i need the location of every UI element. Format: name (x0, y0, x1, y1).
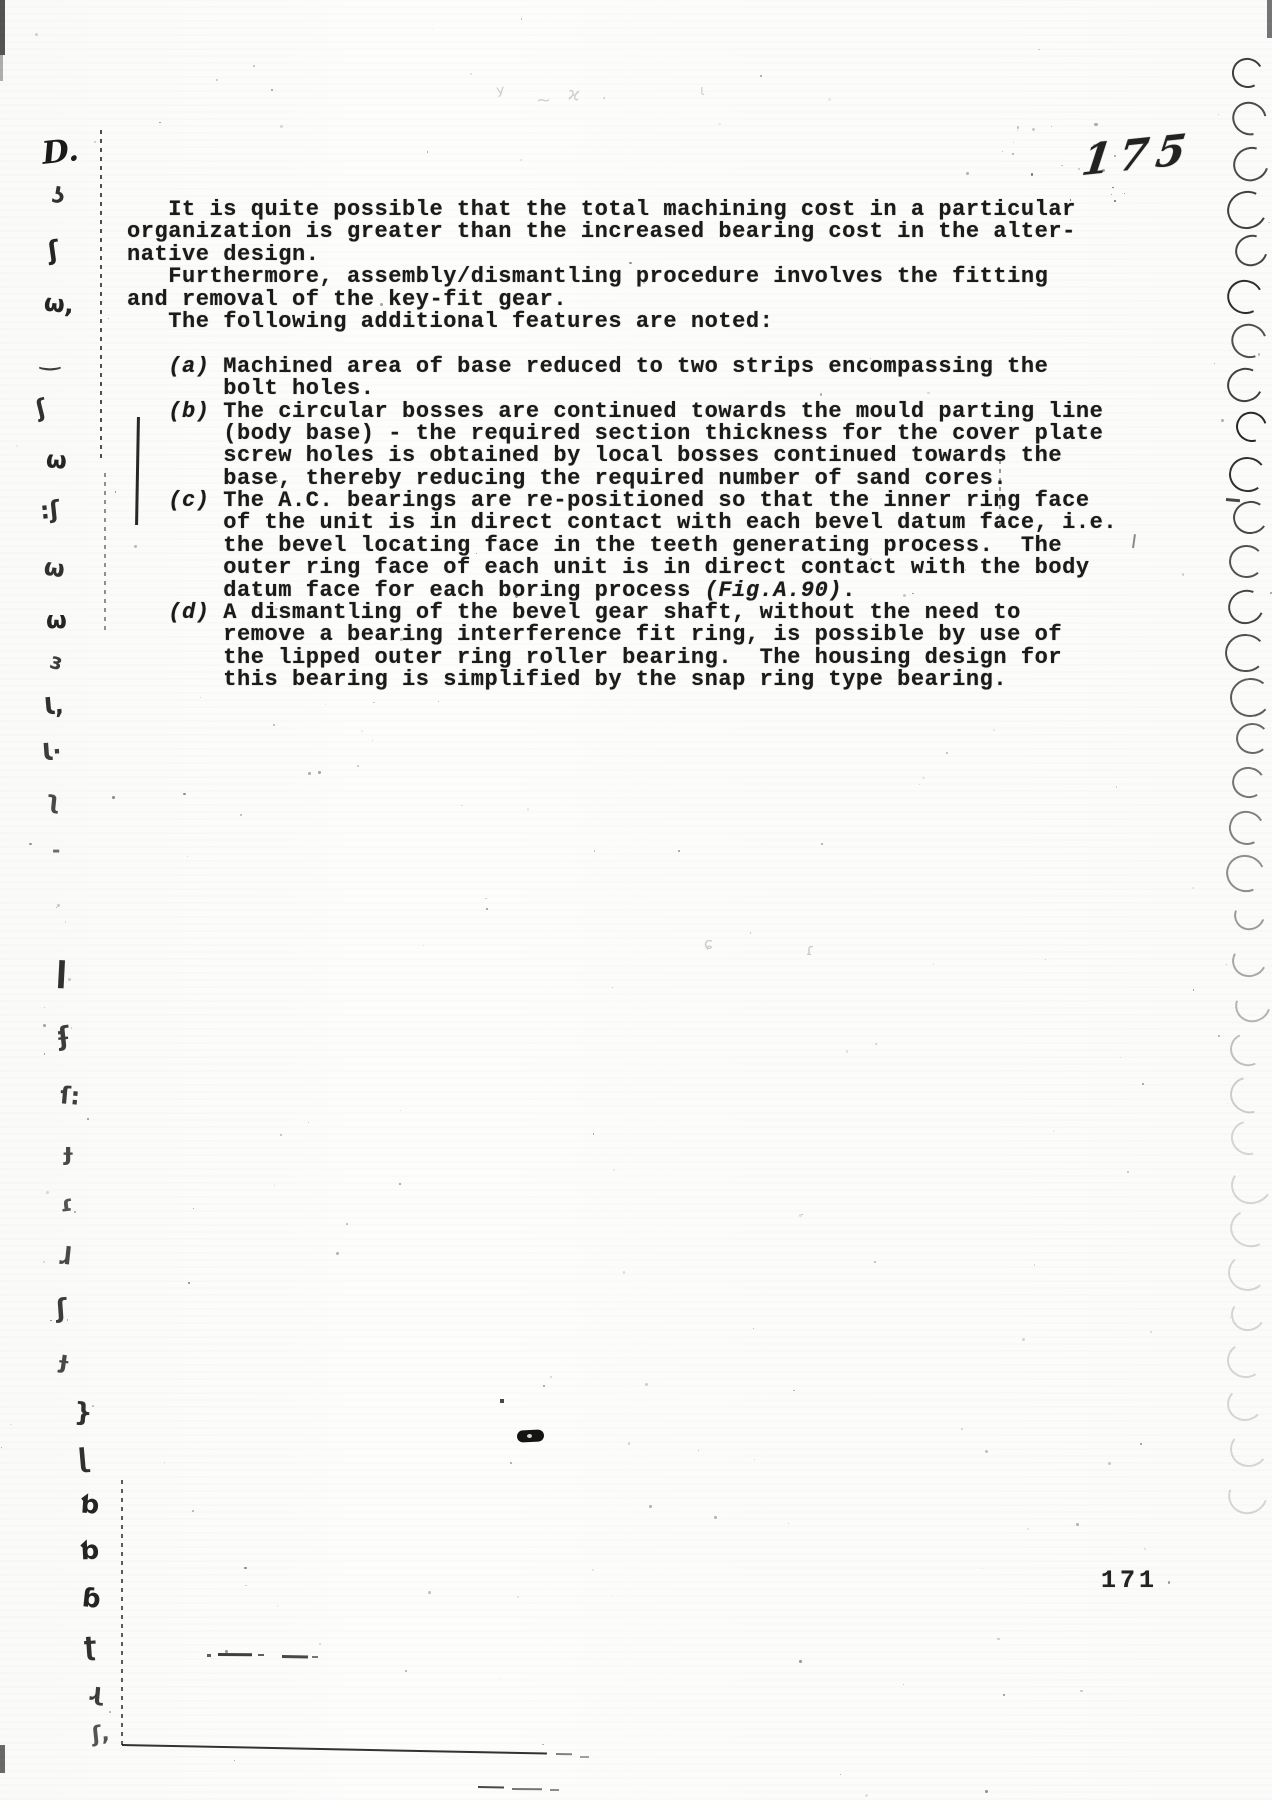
speckle (46, 1191, 49, 1194)
speckle (1214, 363, 1215, 364)
speckle (200, 697, 201, 698)
speckle (325, 704, 326, 705)
text-line: remove a bearing interference fit ring, … (127, 624, 1117, 646)
speckle (1032, 128, 1035, 131)
binder-ring-mark (1223, 363, 1268, 406)
speckle (1221, 419, 1224, 422)
pen-mark: ɻ (87, 1679, 105, 1704)
speckle (922, 777, 924, 779)
speckle (1218, 1035, 1220, 1037)
binder-ring-mark (1224, 1340, 1266, 1381)
speckle (1078, 168, 1080, 170)
speckle (44, 1007, 45, 1008)
speckle (308, 772, 311, 775)
speckle (1116, 786, 1118, 788)
binder-ring-mark (1236, 722, 1271, 755)
pen-mark: ʄ (57, 1023, 71, 1050)
binder-ring-mark (1225, 95, 1272, 142)
speckle (820, 393, 822, 395)
binder-ring-mark (1222, 1469, 1272, 1521)
perforation-dots (104, 470, 106, 630)
binder-ring-mark (1227, 1162, 1272, 1208)
scan-stroke (1226, 498, 1240, 502)
speckle (10, 1424, 12, 1426)
speckle (35, 33, 38, 36)
speckle (373, 702, 375, 704)
speckle (486, 908, 489, 911)
perforation-dots (999, 455, 1001, 527)
speckle (611, 1596, 612, 1597)
speckle (275, 608, 277, 610)
speckle (1111, 194, 1112, 195)
text-line: organization is greater than the increas… (127, 221, 1117, 243)
binder-ring-mark (1229, 764, 1268, 802)
speckle (1168, 1581, 1170, 1583)
speckle (461, 805, 462, 806)
speckle (1192, 887, 1194, 889)
pen-mark: ‿ (40, 345, 60, 369)
pen-mark: ʃ (33, 395, 48, 421)
speckle (50, 1320, 52, 1322)
speckle (280, 125, 283, 128)
speckle (865, 1794, 868, 1797)
speckle (1012, 153, 1015, 156)
speckle (74, 1211, 75, 1212)
speckle (821, 843, 823, 845)
binder-ring-mark (1230, 407, 1272, 448)
scan-stroke (0, 0, 5, 55)
scan-stroke (556, 1753, 572, 1755)
speckle (187, 856, 188, 857)
speckle (57, 904, 60, 907)
scan-stroke (1267, 0, 1272, 38)
speckle (874, 1261, 876, 1263)
text-line: (body base) - the required section thick… (127, 423, 1117, 445)
pen-mark: ω, (43, 290, 75, 317)
scan-stroke (282, 1655, 308, 1658)
speckle (1080, 1690, 1083, 1693)
pen-mark: ǀ (55, 958, 68, 989)
speckle (788, 1523, 789, 1524)
faint-pencil-mark: ɕ (704, 936, 713, 952)
speckle (1268, 222, 1270, 224)
binder-ring-mark (1227, 140, 1272, 187)
pen-mark: } (73, 1400, 93, 1427)
text-line: (a) Machined area of base reduced to two… (127, 356, 1117, 378)
speckle (438, 701, 439, 702)
speckle (1, 1447, 2, 1448)
binder-ring-mark (1223, 275, 1268, 318)
perforation-dots (100, 128, 102, 458)
speckle (485, 898, 487, 900)
speckle (361, 730, 363, 732)
speckle (273, 724, 275, 726)
text-line: of the unit is in direct contact with ea… (127, 512, 1117, 534)
speckle (92, 1405, 94, 1407)
speckle (1017, 130, 1018, 131)
pen-mark: ɾ (59, 1193, 75, 1217)
text-line: and removal of the key-fit gear. (127, 289, 1117, 311)
scan-stroke (218, 1653, 252, 1656)
speckle (628, 1442, 631, 1445)
binder-ring-mark (1223, 584, 1268, 628)
binder-ring-mark (1225, 318, 1272, 365)
speckle (225, 1650, 228, 1653)
speckle (961, 1428, 963, 1430)
scan-stroke (207, 1654, 211, 1657)
pen-mark: ƅ (79, 1491, 99, 1518)
binder-ring-mark (1225, 807, 1269, 850)
binder-ring-mark (1224, 1070, 1272, 1119)
speckle (1142, 1083, 1144, 1085)
binder-ring-mark (1229, 982, 1272, 1029)
speckle (500, 1678, 501, 1679)
pen-mark: ɓ (81, 1585, 102, 1613)
speckle (216, 79, 218, 81)
speckle (1108, 1462, 1111, 1465)
speckle (714, 1516, 716, 1518)
speckle (828, 98, 831, 101)
speckle (1061, 165, 1062, 166)
speckle (594, 850, 595, 851)
scan-stroke (580, 1756, 589, 1758)
speckle (629, 262, 632, 265)
speckle (308, 1122, 309, 1123)
speckle (427, 151, 429, 153)
text-line: this bearing is simplified by the snap r… (127, 669, 1117, 691)
binder-ring-mark (1222, 186, 1271, 234)
speckle (159, 122, 160, 123)
speckle (927, 610, 929, 612)
perforation-dots (121, 1480, 123, 1745)
speckle (1102, 169, 1105, 172)
speckle (87, 1118, 89, 1120)
speckle (985, 1790, 988, 1793)
binder-ring-mark (1221, 850, 1271, 899)
speckle (357, 765, 359, 767)
speckle (929, 517, 931, 519)
binder-ring-mark (1229, 894, 1270, 935)
text-line: screw holes is obtained by local bosses … (127, 445, 1117, 467)
speckle (380, 303, 383, 306)
text-line: (c) The A.C. bearings are re-positioned … (127, 490, 1117, 512)
pen-mark: ʖ (50, 185, 66, 209)
speckle (1045, 959, 1046, 960)
speckle (623, 1271, 626, 1274)
scan-stroke (0, 1745, 5, 1773)
speckle (799, 1660, 801, 1662)
speckle (966, 172, 969, 175)
speckle (470, 73, 472, 75)
binder-ring-mark (1230, 498, 1270, 537)
scan-stroke (500, 1399, 504, 1403)
speckle (409, 635, 410, 636)
speckle (346, 1223, 348, 1225)
speckle (67, 1319, 68, 1320)
speckle (1150, 1331, 1152, 1333)
speckle (280, 1134, 283, 1137)
speckle (903, 1684, 904, 1685)
binder-ring-mark (1227, 454, 1268, 494)
speckle (550, 1376, 552, 1378)
speckle (271, 89, 273, 91)
speckle (1193, 989, 1194, 990)
pen-mark: :ʃ (39, 497, 61, 523)
speckle (1227, 1103, 1228, 1104)
speckle (274, 1185, 275, 1186)
speckle (108, 318, 109, 319)
ink-smudge (517, 1429, 545, 1442)
speckle (698, 1450, 700, 1452)
pen-mark: ſ: (59, 1083, 81, 1109)
binder-ring-mark (1226, 1386, 1264, 1422)
speckle (241, 322, 244, 325)
text-line: Furthermore, assembly/dismantling proced… (127, 266, 1117, 288)
typed-page-number: 171 (1101, 1566, 1158, 1595)
speckle (750, 932, 752, 934)
pen-mark: ω (42, 555, 66, 582)
speckle (318, 771, 320, 773)
pen-mark: ɟ (58, 1348, 69, 1373)
binder-ring-mark (1230, 229, 1272, 272)
speckle (433, 504, 435, 506)
speckle (400, 638, 403, 641)
speckle (1114, 200, 1116, 202)
scan-stroke (312, 1656, 318, 1658)
text-line: the lipped outer ring roller bearing. Th… (127, 647, 1117, 669)
binder-ring-mark (1227, 1253, 1268, 1291)
pen-mark: ɭ (77, 1446, 88, 1473)
speckle (997, 1638, 999, 1640)
text-line: outer ring face of each unit is in direc… (127, 557, 1117, 579)
speckle (1031, 173, 1033, 175)
speckle (643, 281, 646, 284)
scan-stroke (1132, 534, 1136, 548)
speckle (109, 1711, 111, 1713)
binder-ring-mark (1228, 54, 1266, 91)
speckle (1182, 573, 1185, 576)
scan-stroke (478, 1786, 504, 1789)
speckle (1218, 114, 1219, 115)
binder-ring-mark (1225, 1115, 1272, 1162)
text-line: The following additional features are no… (127, 311, 1117, 333)
pen-mark: ƅ (79, 1538, 99, 1565)
speckle (253, 65, 255, 67)
faint-pencil-mark: ɾ (806, 942, 814, 958)
speckle (1017, 126, 1019, 128)
speckle (1226, 964, 1227, 965)
speckle (16, 445, 18, 447)
speckle (1124, 193, 1125, 194)
speckle (592, 1569, 594, 1571)
pen-mark: ɺ (57, 1243, 72, 1268)
scan-stroke (550, 1789, 559, 1791)
speckle (957, 564, 958, 565)
scan-stroke (0, 55, 3, 81)
scan-stroke (258, 1654, 264, 1656)
pen-mark: ɟ (64, 1140, 72, 1164)
speckle (1141, 139, 1144, 142)
speckle (476, 553, 477, 554)
pen-mark: Ɩ, (43, 693, 65, 719)
speckle (245, 1585, 246, 1586)
speckle (927, 392, 929, 394)
pen-mark: ʈ (83, 1634, 97, 1661)
speckle (645, 1383, 648, 1386)
speckle (946, 752, 948, 754)
speckle (43, 1261, 45, 1263)
speckle (319, 1643, 321, 1645)
speckle (754, 1459, 755, 1460)
speckle (846, 1050, 848, 1052)
speckle (1112, 187, 1113, 188)
speckle (933, 963, 935, 965)
speckle (65, 921, 66, 922)
text-line: bolt holes. (127, 378, 1117, 400)
faint-pencil-mark: ʸ (496, 84, 507, 107)
speckle (432, 29, 433, 30)
speckle (613, 1169, 615, 1171)
binder-ring-mark (1227, 940, 1270, 982)
speckle (43, 1024, 46, 1027)
faint-pencil-mark: · (874, 1038, 878, 1052)
binder-ring-mark (1224, 633, 1267, 674)
speckle (840, 1774, 841, 1775)
speckle (542, 1744, 543, 1745)
speckle (1034, 1264, 1036, 1266)
speckle (1114, 155, 1115, 156)
speckle (188, 1282, 189, 1283)
pen-mark: ʅ (45, 787, 62, 812)
speckle (56, 907, 57, 908)
text-line: base, thereby reducing the required numb… (127, 468, 1117, 490)
text-line: (d) A dismantling of the bevel gear shaf… (127, 602, 1117, 624)
speckle (240, 814, 242, 816)
speckle (44, 1053, 46, 1055)
speckle (1022, 1338, 1025, 1341)
pen-mark: ʃ, (91, 1723, 111, 1747)
speckle (649, 1505, 651, 1507)
speckle (1093, 144, 1096, 147)
speckle (183, 793, 185, 795)
speckle (257, 591, 259, 593)
scan-stroke (122, 1744, 547, 1755)
pen-mark: ɜ (47, 651, 64, 675)
binder-ring-mark (1228, 545, 1264, 579)
text-line: (b) The circular bosses are continued to… (127, 401, 1117, 423)
speckle (423, 945, 424, 946)
speckle (400, 1110, 401, 1111)
faint-pencil-mark: ɩ (700, 84, 705, 98)
text-line: native design. (127, 244, 1117, 266)
speckle (965, 569, 966, 570)
handwritten-margin-letter: D. (40, 132, 80, 172)
speckle (405, 1670, 407, 1672)
speckle (277, 1605, 279, 1607)
speckle (517, 1596, 519, 1598)
handwritten-page-number: 175 (1079, 124, 1197, 186)
speckle (543, 1385, 544, 1386)
speckle (1144, 1548, 1146, 1550)
faint-pencil-mark: · (602, 92, 606, 106)
speckle (1140, 1443, 1143, 1446)
speckle (993, 729, 995, 731)
speckle (510, 1462, 512, 1464)
speckle (115, 491, 116, 492)
pen-mark: ʃ (55, 1296, 68, 1323)
text-line: datum face for each boring process (Fig.… (127, 580, 1117, 602)
speckle (521, 18, 523, 20)
speckle (919, 784, 920, 785)
speckle (336, 1252, 339, 1255)
speckle (276, 480, 278, 482)
speckle (527, 808, 530, 811)
speckle (428, 1591, 431, 1594)
speckle (753, 1328, 755, 1330)
speckle (372, 740, 373, 741)
speckle (1127, 1171, 1129, 1173)
text-line: It is quite possible that the total mach… (127, 199, 1117, 221)
blank-line (127, 333, 1117, 355)
speckle (1053, 1130, 1055, 1132)
speckle (678, 850, 680, 852)
speckle (515, 595, 518, 598)
binder-ring-mark (1225, 1205, 1272, 1252)
pen-mark: ω (46, 608, 67, 632)
text-line: the bevel locating face in the teeth gen… (127, 535, 1117, 557)
speckle (192, 1510, 194, 1512)
speckle (1003, 1694, 1005, 1696)
document-body: It is quite possible that the total mach… (127, 199, 1117, 692)
speckle (1027, 1528, 1029, 1530)
speckle (520, 159, 522, 161)
pen-mark: ʃ (46, 237, 60, 264)
speckle (1051, 126, 1052, 127)
pen-mark: Ɩ· (41, 739, 62, 764)
speckle (1076, 1523, 1079, 1526)
speckle (1013, 142, 1014, 143)
speckle (68, 978, 71, 981)
speckle (760, 75, 762, 77)
speckle (94, 141, 96, 143)
speckle (1002, 151, 1003, 152)
speckle (244, 1567, 247, 1570)
binder-ring-mark (1228, 1295, 1269, 1335)
speckle (164, 1462, 166, 1464)
speckle (593, 1133, 595, 1135)
speckle (718, 123, 720, 125)
speckle (112, 796, 115, 799)
speckle (1094, 123, 1097, 126)
faint-pencil-mark: ϰ (567, 85, 581, 104)
speckle (1120, 1057, 1121, 1058)
scanned-document-page: 175 D. It is quite possible that the tot… (0, 0, 1272, 1800)
speckle (793, 1390, 794, 1391)
pen-mark: ω (45, 447, 67, 472)
speckle (234, 1760, 235, 1761)
binder-ring-mark (1227, 1429, 1269, 1470)
scan-stroke (512, 1788, 542, 1790)
speckle (193, 1208, 194, 1209)
faint-pencil-mark: ~ (536, 92, 551, 110)
pen-mark: - (52, 840, 60, 860)
speckle (71, 1027, 73, 1029)
binder-ring-mark (1225, 1028, 1268, 1070)
speckle (985, 1450, 988, 1453)
speckle (982, 1568, 983, 1569)
speckle (1038, 49, 1040, 51)
binder-ring-mark (1229, 677, 1272, 719)
